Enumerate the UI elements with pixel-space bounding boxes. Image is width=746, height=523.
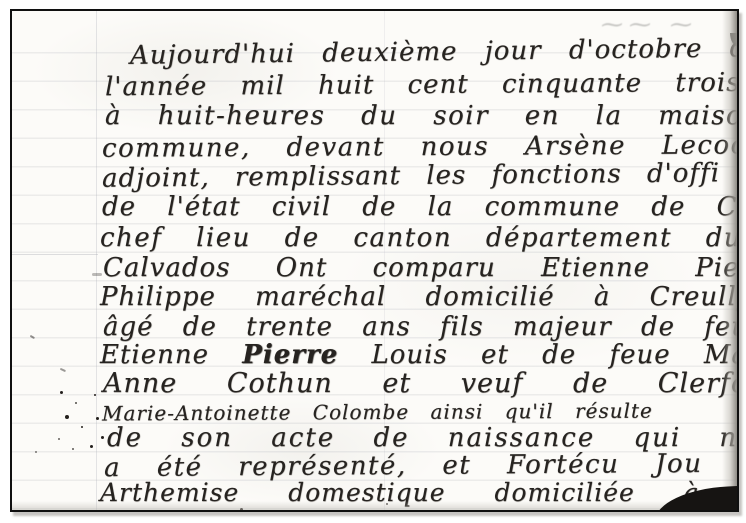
ink-speck [72, 448, 74, 450]
ink-speck [94, 394, 96, 396]
handwritten-line-2: l'année mil huit cent cinquante trois [105, 68, 739, 102]
handwritten-line-9: Philippe maréchal domicilié à Creully [100, 282, 739, 312]
ink-speck [96, 417, 99, 420]
handwritten-line-8: Calvados Ont comparu Etienne Pierre [103, 253, 739, 283]
scan-frame-border: ⁓⁓ ⁓ Aujourd'hui deuxième jour d'octobre… [10, 9, 739, 512]
handwritten-line-13: Marie-Antoinette Colombe ainsi qu'il rés… [102, 399, 653, 426]
horizontal-crease-line [12, 254, 98, 255]
ink-speck [81, 426, 83, 428]
page-edge-shadow-right [722, 11, 737, 510]
pencil-smudge [92, 273, 102, 276]
handwritten-line-12: Anne Cothun et veuf de Clerfon [103, 368, 739, 399]
handwritten-line-7: chef lieu de canton département du [100, 223, 739, 253]
margin-crease-line [96, 11, 97, 510]
ink-speck [58, 438, 60, 440]
handwritten-line-3: à huit-heures du soir en la maison [105, 101, 739, 131]
handwritten-line-5: adjoint, remplissant les fonctions d'off… [102, 158, 720, 193]
scanned-document-page: ⁓⁓ ⁓ Aujourd'hui deuxième jour d'octobre… [0, 0, 746, 523]
handwritten-line-11: Etienne Pierre Louis et de feue Mar [100, 340, 739, 370]
ink-speck [90, 445, 93, 448]
ink-speck [65, 415, 69, 419]
ink-speck [101, 436, 104, 439]
ink-speck [75, 402, 77, 404]
page-edge-shadow-bottom [12, 501, 737, 510]
ink-speck [60, 391, 63, 394]
name-segment: Louis et de feue Mar [338, 340, 739, 370]
handwritten-line-10: âgé de trente ans fils majeur de feu [103, 312, 739, 342]
overwritten-name-pierre: Pierre [242, 340, 338, 370]
name-segment: Etienne [100, 340, 242, 370]
ink-speck [35, 451, 37, 453]
handwritten-line-6: de l'état civil de la commune de Creu [102, 192, 739, 222]
